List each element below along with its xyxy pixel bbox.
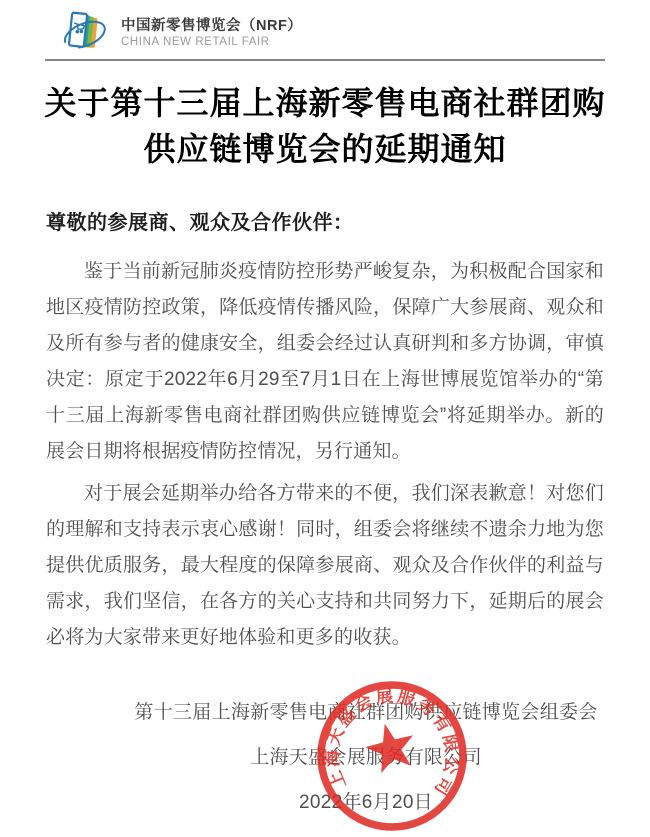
- logo-text: 中国新零售博览会（NRF） CHINA NEW RETAIL FAIR: [121, 17, 302, 49]
- notice-title-line1: 关于第十三届上海新零售电商社群团购: [0, 80, 650, 126]
- header: 中国新零售博览会（NRF） CHINA NEW RETAIL FAIR: [55, 9, 302, 57]
- notice-body: 鉴于当前新冠肺炎疫情防控形势严峻复杂，为积极配合国家和地区疫情防控政策，降低疫情…: [46, 254, 604, 656]
- logo-subtitle: CHINA NEW RETAIL FAIR: [121, 35, 302, 49]
- salutation: 尊敬的参展商、观众及合作伙伴：: [46, 206, 604, 235]
- signature-committee: 第十三届上海新零售电商社群团购供应链博览会组委会: [81, 700, 650, 726]
- signature-company: 上海天盛会展服务有限公司: [81, 745, 650, 771]
- notice-title: 关于第十三届上海新零售电商社群团购 供应链博览会的延期通知: [0, 80, 650, 172]
- notice-page: 中国新零售博览会（NRF） CHINA NEW RETAIL FAIR 关于第十…: [0, 0, 650, 837]
- signature-block: 第十三届上海新零售电商社群团购供应链博览会组委会 上海天盛会展服务有限公司 20…: [81, 700, 650, 816]
- signature-date: 2022年6月20日: [81, 790, 650, 816]
- notice-title-line2: 供应链博览会的延期通知: [0, 126, 650, 172]
- paragraph-1: 鉴于当前新冠肺炎疫情防控形势严峻复杂，为积极配合国家和地区疫情防控政策，降低疫情…: [46, 254, 604, 470]
- logo-title: 中国新零售博览会（NRF）: [121, 17, 302, 35]
- paragraph-2: 对于展会延期举办给各方带来的不便，我们深表歉意！对您们的理解和支持表示衷心感谢！…: [46, 476, 604, 656]
- header-divider: [45, 59, 605, 61]
- nrf-logo-icon: [55, 9, 115, 57]
